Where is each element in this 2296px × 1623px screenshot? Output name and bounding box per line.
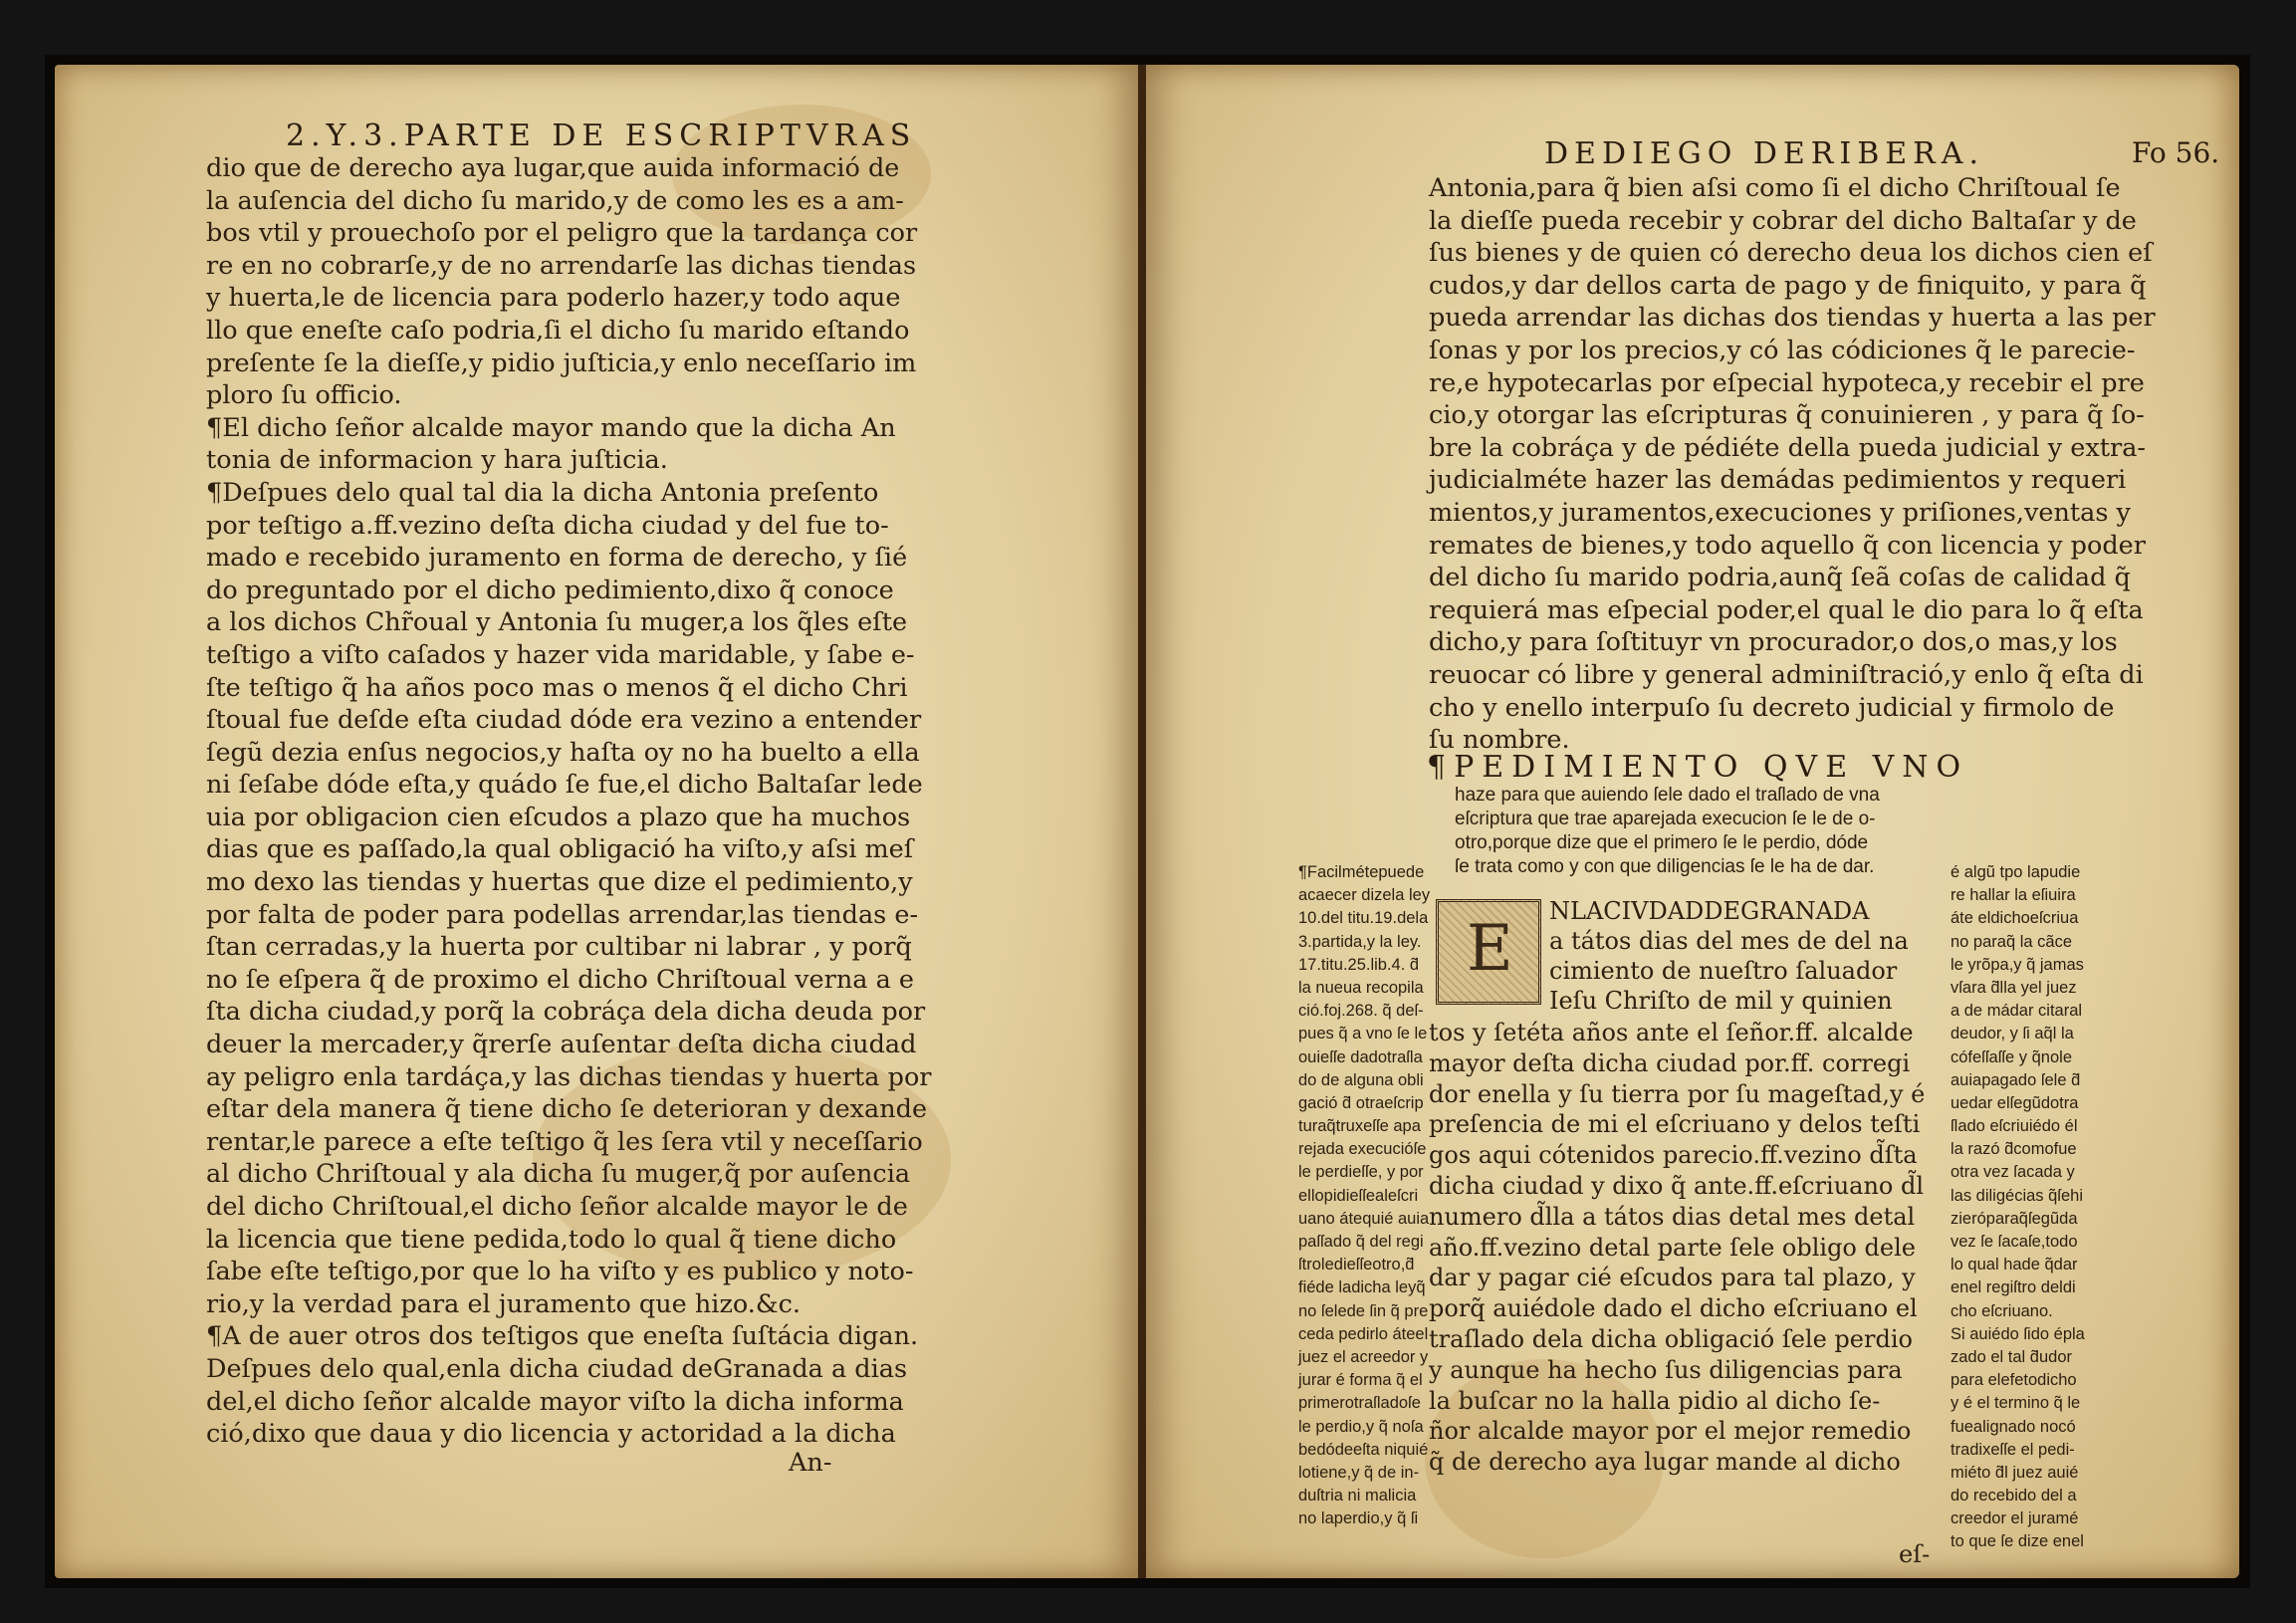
text-line: ſtroledieſſeotro,d̃ bbox=[1298, 1254, 1430, 1276]
text-line: 17.titu.25.lib.4. d̃ bbox=[1298, 954, 1430, 977]
text-line: jurar é forma q̃ el bbox=[1298, 1369, 1430, 1392]
catchword: eſ- bbox=[1899, 1538, 1930, 1571]
text-line: re en no cobrarſe,y de no arrendarſe las… bbox=[206, 250, 931, 283]
text-line: dicho,y para ſoſtituyr vn procurador,o d… bbox=[1429, 626, 2156, 659]
right-text-column-top: Antonia,para q̃ bien aſsi como ſi el dic… bbox=[1429, 172, 2156, 757]
text-line: bedódeeſta niquié bbox=[1298, 1439, 1430, 1462]
left-text-column: dio que de derecho aya lugar,que auida i… bbox=[206, 152, 931, 1451]
text-line: y é el termino q̃ le bbox=[1951, 1392, 2085, 1415]
text-line: juez el acreedor y bbox=[1298, 1346, 1430, 1369]
text-line: cimiento de nueſtro ſaluador bbox=[1549, 956, 1909, 986]
text-line: para elefetodicho bbox=[1951, 1369, 2085, 1392]
text-line: la licencia que tiene pedida,todo lo qua… bbox=[206, 1224, 931, 1257]
right-page: DEDIEGO DERIBERA. Fo 56. Antonia,para q̃… bbox=[1146, 65, 2239, 1578]
text-line: ploro ſu officio. bbox=[206, 379, 931, 412]
text-line: áte eldichoeſcriua bbox=[1951, 907, 2085, 930]
text-line: a tátos dias del mes de del na bbox=[1549, 926, 1909, 956]
text-line: la dieſſe pueda recebir y cobrar del dic… bbox=[1429, 205, 2156, 238]
text-line: cho y enello interpuſo ſu decreto judici… bbox=[1429, 692, 2156, 725]
text-line: preſencia de mi el eſcriuano y delos teſ… bbox=[1429, 1109, 1925, 1140]
text-line: le perdieſſe, y por bbox=[1298, 1161, 1430, 1184]
text-line: do de alguna obli bbox=[1298, 1069, 1430, 1092]
text-line: ſlado eſcriuiédo él bbox=[1951, 1115, 2085, 1138]
text-line: ció,dixo que daua y dio licencia y actor… bbox=[206, 1418, 931, 1451]
text-line: ſonas y por los precios,y có las códicio… bbox=[1429, 335, 2156, 367]
text-line: ſegũ dezia enſus negocios,y haſta oy no … bbox=[206, 737, 931, 770]
text-line: Si auiédo ſido épla bbox=[1951, 1323, 2085, 1346]
text-line: mientos,y juramentos,execuciones y priſi… bbox=[1429, 497, 2156, 530]
text-line: duſtria ni malicia bbox=[1298, 1485, 1430, 1507]
text-line: Antonia,para q̃ bien aſsi como ſi el dic… bbox=[1429, 172, 2156, 205]
text-line: to que ſe dize enel bbox=[1951, 1530, 2085, 1553]
running-head: DEDIEGO DERIBERA. bbox=[1544, 136, 1984, 171]
text-line: año.ff.vezino detal parte ſele obligo de… bbox=[1429, 1233, 1925, 1264]
text-line: otro,porque dize que el primero ſe le pe… bbox=[1455, 831, 1880, 855]
text-line: a los dichos Chr̃oual y Antonia ſu muger… bbox=[206, 606, 931, 639]
text-line: mayor deſta dicha ciudad por.ff. corregi bbox=[1429, 1048, 1925, 1079]
text-line: enel regiſtro deldi bbox=[1951, 1276, 2085, 1299]
text-line: le yrõpa,y q̃ jamas bbox=[1951, 954, 2085, 977]
text-line: primerotraſladoſe bbox=[1298, 1392, 1430, 1415]
right-margin-note: é algũ tpo lapudiere hallar la eſiuiraát… bbox=[1951, 861, 2085, 1554]
text-line: zieróparaq̃ſegũda bbox=[1951, 1208, 2085, 1231]
text-line: ſtan cerradas,y la huerta por cultibar n… bbox=[206, 931, 931, 964]
text-line: preſente ſe la dieſſe,y pidio juſticia,y… bbox=[206, 348, 931, 380]
initial-text-lines: NLACIVDADDEGRANADAa tátos dias del mes d… bbox=[1549, 896, 1909, 1016]
section-title: ¶PEDIMIENTO QVE VNO bbox=[1427, 750, 1968, 785]
text-line: la auſencia del dicho ſu marido,y de com… bbox=[206, 185, 931, 218]
text-line: dor enella y ſu tierra por ſu mageſtad,y… bbox=[1429, 1079, 1925, 1110]
left-margin-note: ¶Facilmétepuedeacaecer dizela ley10.del … bbox=[1298, 861, 1430, 1530]
text-line: zado el tal d̃udor bbox=[1951, 1346, 2085, 1369]
text-line: numero d̃lla a tátos dias detal mes deta… bbox=[1429, 1202, 1925, 1233]
text-line: ñor alcalde mayor por el mejor remedio bbox=[1429, 1416, 1925, 1447]
text-line: pueda arrendar las dichas dos tiendas y … bbox=[1429, 302, 2156, 335]
text-line: y huerta,le de licencia para poderlo haz… bbox=[206, 282, 931, 315]
text-line: vſara d̃lla yel juez bbox=[1951, 977, 2085, 1000]
text-line: 10.del titu.19.dela bbox=[1298, 907, 1430, 930]
text-line: tos y ſetéta años ante el ſeñor.ff. alca… bbox=[1429, 1018, 1925, 1048]
text-line: no ſe eſpera q̃ de proximo el dicho Chri… bbox=[206, 964, 931, 997]
text-line: q̃ de derecho aya lugar mande al dicho bbox=[1429, 1447, 1925, 1478]
text-line: ſtoual fue deſde eſta ciudad dóde era ve… bbox=[206, 704, 931, 737]
left-page: 2.Y.3.PARTE DE ESCRIPTVRAS dio que de de… bbox=[55, 65, 1138, 1578]
text-line: no paraq̃ la cãce bbox=[1951, 931, 2085, 954]
text-line: eſtar dela manera q̃ tiene dicho ſe dete… bbox=[206, 1093, 931, 1126]
text-line: dio que de derecho aya lugar,que auida i… bbox=[206, 152, 931, 185]
text-line: deuer la mercader,y q̃rerſe auſentar deſ… bbox=[206, 1029, 931, 1061]
text-line: le perdio,y q̃ noſa bbox=[1298, 1416, 1430, 1439]
text-line: dicha ciudad y dixo q̃ ante.ff.eſcriuano… bbox=[1429, 1171, 1925, 1202]
text-line: llo que eneſte caſo podria,ſi el dicho ſ… bbox=[206, 315, 931, 348]
text-line: NLACIVDADDEGRANADA bbox=[1549, 896, 1909, 926]
text-line: por falta de poder para podellas arrenda… bbox=[206, 899, 931, 932]
text-line: uedar elſegũdotra bbox=[1951, 1092, 2085, 1115]
text-line: ſus bienes y de quien có derecho deua lo… bbox=[1429, 237, 2156, 270]
text-line: traſlado dela dicha obligació ſele perdi… bbox=[1429, 1324, 1925, 1355]
text-line: lo qual hade q̃dar bbox=[1951, 1254, 2085, 1276]
text-line: turaq̃truxeſſe apa bbox=[1298, 1115, 1430, 1138]
text-line: no ſelede ſin q̃ pre bbox=[1298, 1300, 1430, 1323]
gutter bbox=[1138, 65, 1146, 1578]
text-line: al dicho Chriſtoual y ala dicha ſu muger… bbox=[206, 1158, 931, 1191]
text-line: rentar,le parece a eſte teſtigo q̃ les ſ… bbox=[206, 1126, 931, 1159]
text-line: ſte teſtigo q̃ ha años poco mas o menos … bbox=[206, 672, 931, 705]
catchword: An- bbox=[789, 1447, 831, 1480]
text-line: gació d̃ otraeſcrip bbox=[1298, 1092, 1430, 1115]
text-line: ¶A de auer otros dos teſtigos que eneſta… bbox=[206, 1320, 931, 1353]
text-line: ſta dicha ciudad,y porq̃ la cobráça dela… bbox=[206, 996, 931, 1029]
text-line: porq̃ auiédole dado el dicho eſcriuano e… bbox=[1429, 1293, 1925, 1324]
text-line: tonia de informacion y hara juſticia. bbox=[206, 444, 931, 477]
text-line: ni ſeſabe dóde eſta,y quádo ſe fue,el di… bbox=[206, 769, 931, 802]
text-line: re hallar la eſiuira bbox=[1951, 884, 2085, 907]
text-line: mo dexo las tiendas y huertas que dize e… bbox=[206, 866, 931, 899]
text-line: ceda pedirlo áteel bbox=[1298, 1323, 1430, 1346]
text-line: ouieſſe dadotraſla bbox=[1298, 1046, 1430, 1069]
text-line: del dicho Chriſtoual,el dicho ſeñor alca… bbox=[206, 1191, 931, 1224]
text-line: pues q̃ a vno ſe le bbox=[1298, 1023, 1430, 1045]
right-text-column-bottom: tos y ſetéta años ante el ſeñor.ff. alca… bbox=[1429, 1018, 1925, 1478]
text-line: reuocar có libre y general adminiſtració… bbox=[1429, 659, 2156, 692]
text-line: a de mádar citaral bbox=[1951, 1000, 2085, 1023]
text-line: del,el dicho ſeñor alcalde mayor viſto l… bbox=[206, 1386, 931, 1419]
text-line: cio,y otorgar las eſcripturas q̃ conuini… bbox=[1429, 399, 2156, 432]
text-line: ay peligro enla tardáça,y las dichas tie… bbox=[206, 1061, 931, 1094]
folio-number: Fo 56. bbox=[2132, 136, 2219, 169]
text-line: judicialméte hazer las demádas pedimient… bbox=[1429, 464, 2156, 497]
text-line: creedor el juramé bbox=[1951, 1507, 2085, 1530]
text-line: dar y pagar cié eſcudos para tal plazo, … bbox=[1429, 1263, 1925, 1293]
text-line: la nueua recopila bbox=[1298, 977, 1430, 1000]
running-head: 2.Y.3.PARTE DE ESCRIPTVRAS bbox=[286, 118, 916, 153]
text-line: miéto d̃l juez auié bbox=[1951, 1462, 2085, 1485]
text-line: uia por obligacion cien eſcudos a plazo … bbox=[206, 802, 931, 834]
text-line: ció.foj.268. q̃ deſ- bbox=[1298, 1000, 1430, 1023]
text-line: vez ſe ſacaſe,todo bbox=[1951, 1231, 2085, 1254]
text-line: auiapagado ſele d̃ bbox=[1951, 1069, 2085, 1092]
text-line: ¶El dicho ſeñor alcalde mayor mando que … bbox=[206, 412, 931, 445]
text-line: uano átequié auia bbox=[1298, 1208, 1430, 1231]
text-line: otra vez ſacada y bbox=[1951, 1161, 2085, 1184]
text-line: no laperdio,y q̃ ſi bbox=[1298, 1507, 1430, 1530]
text-line: cudos,y dar dellos carta de pago y de fi… bbox=[1429, 270, 2156, 303]
text-line: teſtigo a viſto caſados y hazer vida mar… bbox=[206, 639, 931, 672]
text-line: ſabe eſte teſtigo,por que lo ha viſto y … bbox=[206, 1256, 931, 1288]
text-line: mado e recebido juramento en forma de de… bbox=[206, 542, 931, 575]
text-line: bre la cobráça y de pédiéte della pueda … bbox=[1429, 432, 2156, 465]
text-line: rio,y la verdad para el juramento que hi… bbox=[206, 1288, 931, 1321]
text-line: ſe trata como y con que diligencias ſe l… bbox=[1455, 855, 1880, 879]
text-line: haze para que auiendo ſele dado el traſl… bbox=[1455, 784, 1880, 808]
text-line: la razó d̃comofue bbox=[1951, 1138, 2085, 1161]
text-line: ¶Deſpues delo qual tal dia la dicha Anto… bbox=[206, 477, 931, 510]
text-line: 3.partida,y la ley. bbox=[1298, 931, 1430, 954]
text-line: é algũ tpo lapudie bbox=[1951, 861, 2085, 884]
section-subtitle: haze para que auiendo ſele dado el traſl… bbox=[1455, 784, 1880, 879]
text-line: fuealignado nocó bbox=[1951, 1416, 2085, 1439]
text-line: ¶Facilmétepuede bbox=[1298, 861, 1430, 884]
text-line: por teſtigo a.ff.vezino deſta dicha ciud… bbox=[206, 510, 931, 543]
text-line: lotiene,y q̃ de in- bbox=[1298, 1462, 1430, 1485]
text-line: do recebido del a bbox=[1951, 1485, 2085, 1507]
text-line: gos aqui cótenidos parecio.ff.vezino d̃ſ… bbox=[1429, 1140, 1925, 1171]
text-line: do preguntado por el dicho pedimiento,di… bbox=[206, 575, 931, 607]
text-line: bos vtil y prouechoſo por el peligro que… bbox=[206, 217, 931, 250]
decorated-initial: E bbox=[1436, 899, 1541, 1005]
text-line: Deſpues delo qual,enla dicha ciudad deGr… bbox=[206, 1353, 931, 1386]
text-line: cófeſſaſſe y q̃nole bbox=[1951, 1046, 2085, 1069]
text-line: deudor, y ſi aq̃l la bbox=[1951, 1023, 2085, 1045]
text-line: remates de bienes,y todo aquello q̃ con … bbox=[1429, 530, 2156, 563]
text-line: cho eſcriuano. bbox=[1951, 1300, 2085, 1323]
text-line: acaecer dizela ley bbox=[1298, 884, 1430, 907]
text-line: tradixeſſe el pedi- bbox=[1951, 1439, 2085, 1462]
text-line: requierá mas eſpecial poder,el qual le d… bbox=[1429, 594, 2156, 627]
text-line: rejada execucióſe bbox=[1298, 1138, 1430, 1161]
text-line: y aunque ha hecho ſus diligencias para bbox=[1429, 1355, 1925, 1386]
book-spread: 2.Y.3.PARTE DE ESCRIPTVRAS dio que de de… bbox=[45, 55, 2250, 1588]
text-line: fiéde ladicha leyq̃ bbox=[1298, 1276, 1430, 1299]
text-line: dias que es paſſado,la qual obligació ha… bbox=[206, 833, 931, 866]
text-line: ellopidieſſealeſcri bbox=[1298, 1185, 1430, 1208]
text-line: del dicho ſu marido podria,aunq̃ ſeã coſ… bbox=[1429, 562, 2156, 594]
text-line: re,e hypotecarlas por eſpecial hypoteca,… bbox=[1429, 367, 2156, 400]
text-line: eſcriptura que trae aparejada execucion … bbox=[1455, 808, 1880, 831]
text-line: las diligécias q̃ſehi bbox=[1951, 1185, 2085, 1208]
text-line: paſſado q̃ del regi bbox=[1298, 1231, 1430, 1254]
initial-letter: E bbox=[1467, 912, 1513, 986]
text-line: Ieſu Chriſto de mil y quinien bbox=[1549, 986, 1909, 1016]
text-line: la buſcar no la halla pidio al dicho ſe- bbox=[1429, 1386, 1925, 1417]
